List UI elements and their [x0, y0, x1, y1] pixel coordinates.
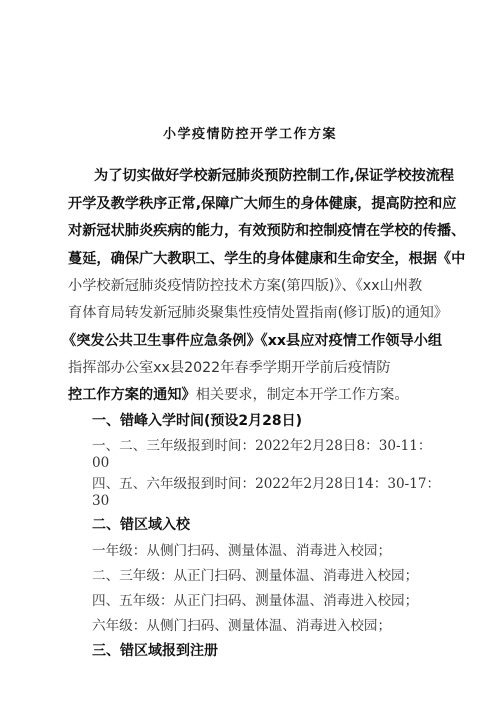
intro-line-2: 开学及教学秩序正常,保障广大师生的身体健康，提高防控和应 — [68, 195, 456, 213]
intro-line-7: 《突发公共卫生事件应急条例》《xx县应对疫情工作领导小组 — [62, 332, 442, 350]
section-2-item-3: 四、五年级：从正门扫码、测量体温、消毒进入校园； — [92, 592, 418, 610]
intro-line-8: 指挥部办公室xx县2022年春季学期开学前后疫情防 — [68, 359, 390, 377]
document-page: 小学疫情防控开学工作方案 为了切实做好学校新冠肺炎预防控制工作,保证学校按流程 … — [0, 0, 500, 707]
section-heading-2: 二、错区域入校 — [92, 516, 190, 534]
section-2-item-1: 一年级：从侧门扫码、测量体温、消毒进入校园； — [92, 542, 391, 560]
intro-line-5: 小学校新冠肺炎疫情防控技术方案(第四版)》、《xx山州教 — [68, 277, 422, 295]
intro-line-9-bold: 控工作方案的通知》 — [68, 387, 196, 403]
section-1-item-2: 四、五、六年级报到时间：2022年2月28日14：30-17： — [92, 475, 440, 493]
section-1-item-1: 一、二、三年级报到时间：2022年2月28日8：30-11： — [92, 437, 431, 455]
section-heading-3: 三、错区域报到注册 — [92, 642, 218, 660]
intro-line-9-normal: 相关要求，制定本开学工作方案。 — [196, 387, 409, 403]
document-title: 小学疫情防控开学工作方案 — [0, 123, 500, 142]
intro-line-9: 控工作方案的通知》相关要求，制定本开学工作方案。 — [68, 386, 409, 404]
intro-line-1: 为了切实做好学校新冠肺炎预防控制工作,保证学校按流程 — [94, 167, 454, 185]
section-2-item-2: 二、三年级：从正门扫码、测量体温、消毒进入校园； — [92, 567, 418, 585]
section-1-item-1-cont: 00 — [92, 454, 109, 472]
section-1-item-2-cont: 30 — [92, 492, 109, 510]
intro-line-6: 育体育局转发新冠肺炎聚集性疫情处置指南(修订版)的通知》 — [68, 304, 448, 322]
section-2-item-4: 六年级：从侧门扫码、测量体温、消毒进入校园； — [92, 617, 391, 635]
section-heading-1: 一、错峰入学时间(预设2月28日) — [92, 412, 302, 430]
intro-line-4: 蔓延，确保广大教职工、学生的身体健康和生命安全，根据《中 — [68, 250, 465, 268]
intro-line-3: 对新冠状肺炎疾病的能力，有效预防和控制疫情在学校的传播、 — [68, 222, 465, 240]
